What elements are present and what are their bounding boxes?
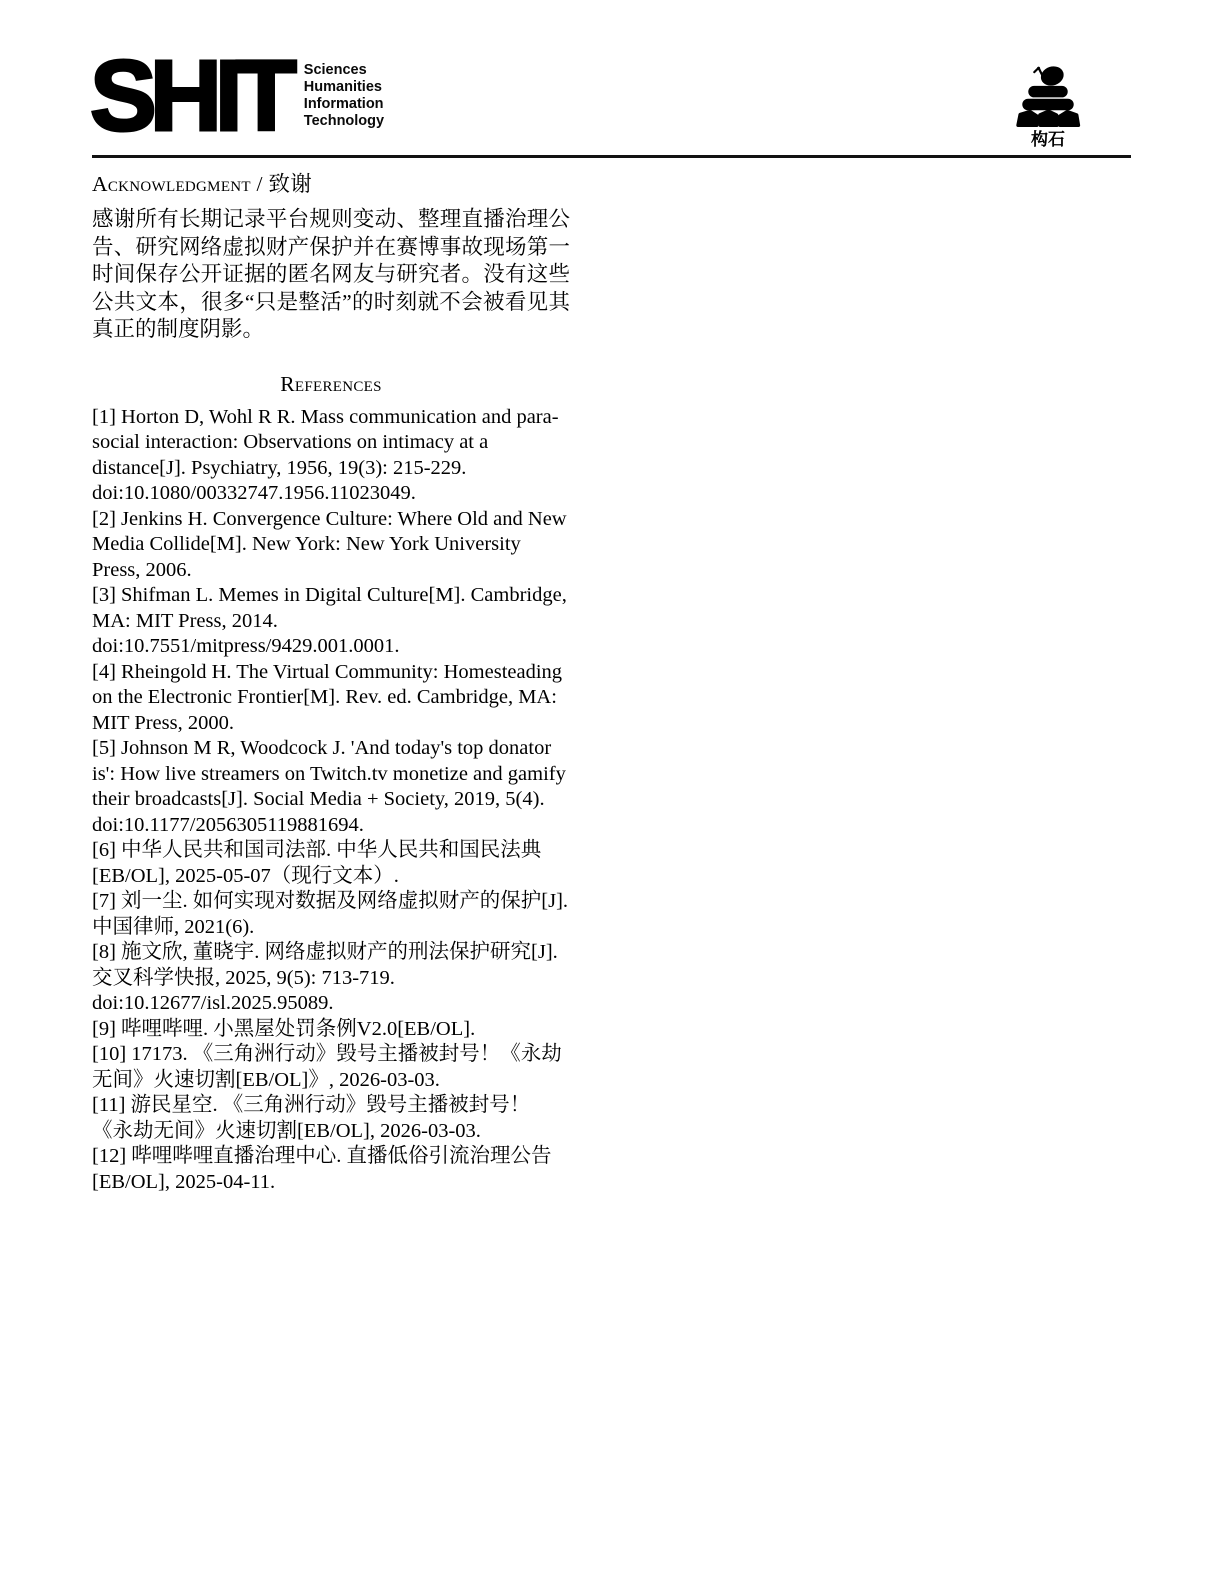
reference-item-12: [12] 哔哩哔哩直播治理中心. 直播低俗引流治理公告[EB/OL], 2025…	[92, 1144, 570, 1195]
reference-item-1: [1] Horton D, Wohl R R. Mass communicati…	[92, 405, 570, 507]
reference-item-10: [10] 17173. 《三角洲行动》毁号主播被封号！《永劫无间》火速切割[EB…	[92, 1042, 570, 1093]
logo-word-information: Information	[304, 96, 384, 113]
reference-item-8: [8] 施文欣, 董晓宇. 网络虚拟财产的刑法保护研究[J]. 交叉科学快报, …	[92, 940, 570, 1017]
logo-word-technology: Technology	[304, 113, 384, 130]
logo-word-sciences: Sciences	[304, 62, 384, 79]
references-heading: References	[92, 371, 570, 397]
acknowledgment-heading: Acknowledgment / 致谢	[92, 171, 570, 197]
publisher-name: 构石	[1001, 131, 1095, 149]
text-column: Acknowledgment / 致谢 感谢所有长期记录平台规则变动、整理直播治…	[92, 171, 570, 1195]
reference-item-9: [9] 哔哩哔哩. 小黑屋处罚条例V2.0[EB/OL].	[92, 1017, 570, 1043]
reference-item-11: [11] 游民星空. 《三角洲行动》毁号主播被封号！《永劫无间》火速切割[EB/…	[92, 1093, 570, 1144]
journal-header: SHIT Sciences Humanities Information Tec…	[90, 56, 384, 136]
reference-item-7: [7] 刘一尘. 如何实现对数据及网络虚拟财产的保护[J]. 中国律师, 202…	[92, 889, 570, 940]
paper-page: SHIT Sciences Humanities Information Tec…	[0, 0, 1224, 1584]
reference-item-5: [5] Johnson M R, Woodcock J. 'And today'…	[92, 736, 570, 838]
reference-item-4: [4] Rheingold H. The Virtual Community: …	[92, 660, 570, 737]
header-rule	[92, 155, 1131, 158]
journal-logo-text: SHIT	[90, 56, 290, 136]
publisher-mark: 构石	[1001, 62, 1095, 149]
reference-list: [1] Horton D, Wohl R R. Mass communicati…	[92, 405, 570, 1196]
reference-item-3: [3] Shifman L. Memes in Digital Culture[…	[92, 583, 570, 660]
journal-logo-words: Sciences Humanities Information Technolo…	[304, 62, 384, 130]
logo-word-humanities: Humanities	[304, 79, 384, 96]
reference-item-2: [2] Jenkins H. Convergence Culture: Wher…	[92, 507, 570, 584]
stone-stack-icon	[1001, 62, 1095, 132]
reference-item-6: [6] 中华人民共和国司法部. 中华人民共和国民法典[EB/OL], 2025-…	[92, 838, 570, 889]
acknowledgment-text: 感谢所有长期记录平台规则变动、整理直播治理公告、研究网络虚拟财产保护并在赛博事故…	[92, 206, 570, 344]
